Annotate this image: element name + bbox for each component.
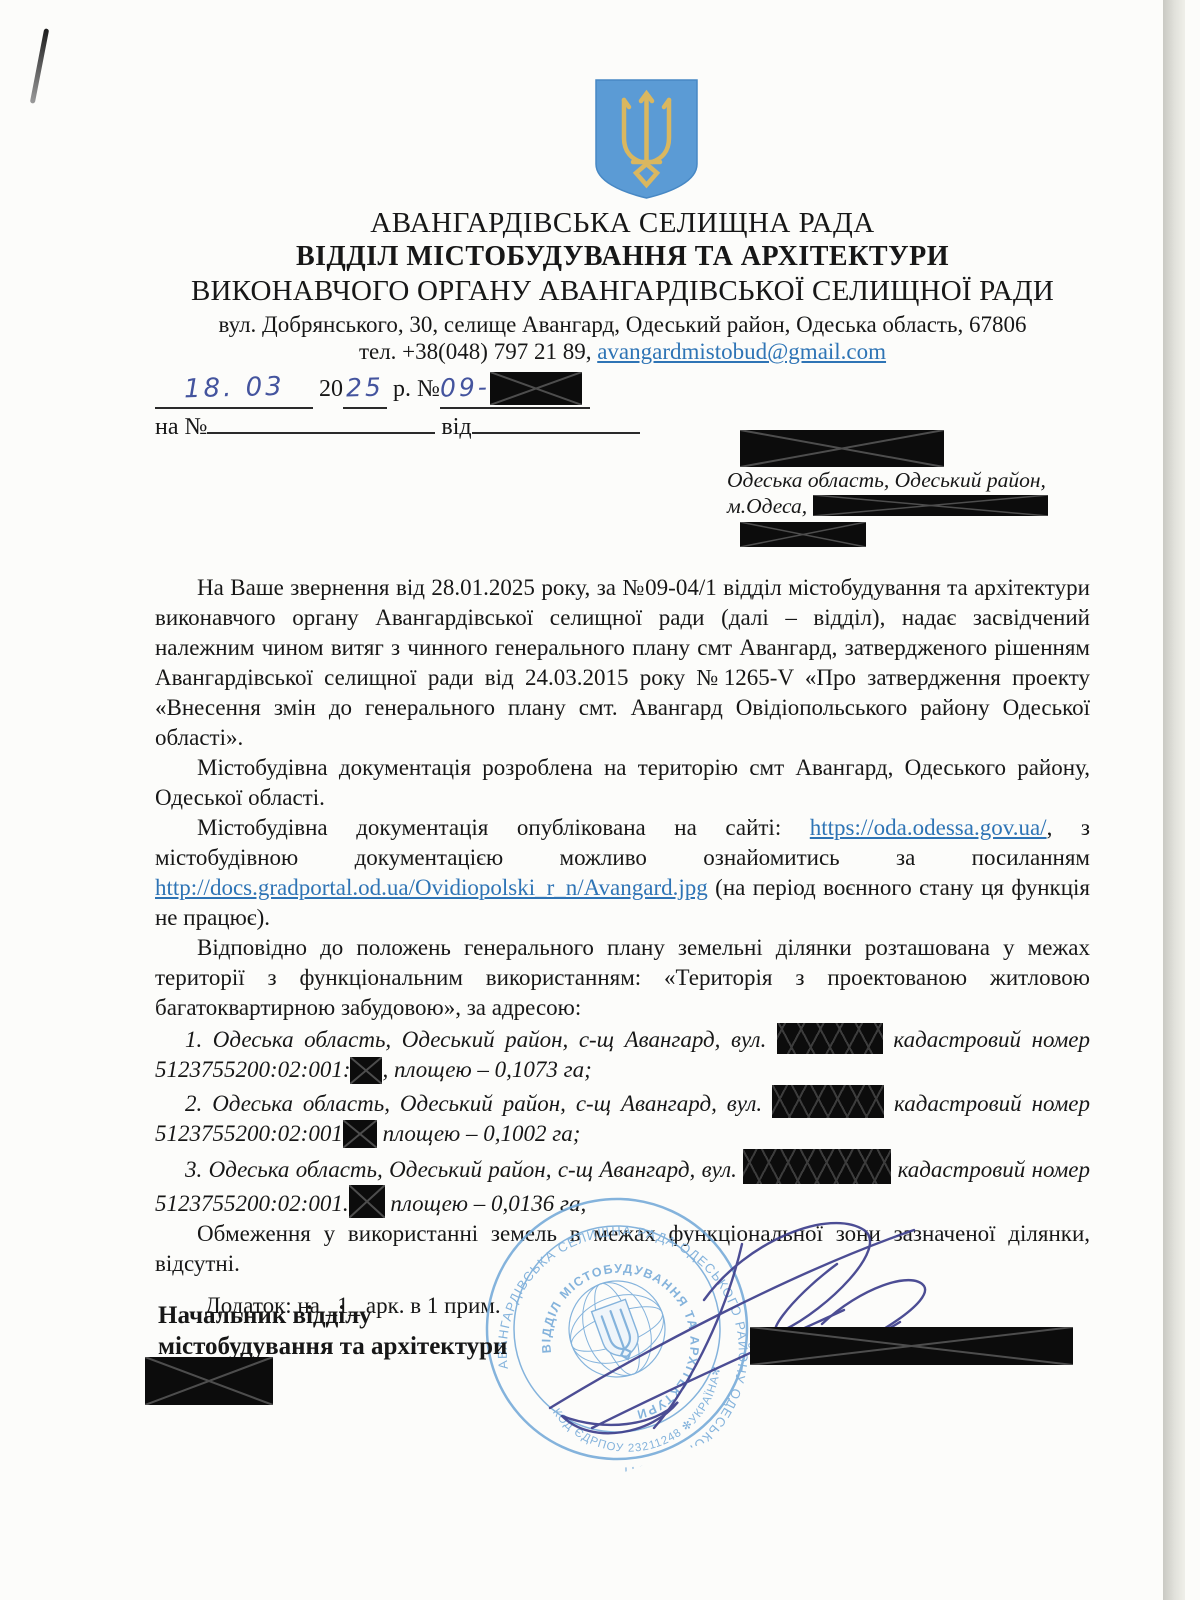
reply-date-field [472,432,640,434]
paragraph-publication: Містобудівна документація опублікована н… [155,813,1090,933]
paragraph-territory: Містобудівна документація розроблена на … [155,753,1090,813]
org-address: вул. Добрянського, 30, селище Авангард, … [155,311,1090,338]
org-email-link[interactable]: avangardmistobud@gmail.com [597,339,886,364]
recipient-city-line: м.Одеса, [727,493,1099,519]
gradportal-link[interactable]: http://docs.gradportal.od.ua/Ovidiopolsk… [155,875,708,900]
handwritten-year: 25 [346,370,385,407]
number-field: 09- [440,370,590,409]
publication-text: Містобудівна документація опублікована н… [197,815,810,840]
recipient-city: м.Одеса, [727,494,807,518]
year-printed: 20 [319,376,343,402]
paragraph-zoning: Відповідно до положень генерального план… [155,933,1090,1023]
org-name: АВАНГАРДІВСЬКА СЕЛИЩНА РАДА [155,206,1090,240]
redaction-box [740,430,944,467]
handwritten-number: 09- [439,369,490,406]
ukraine-trident-emblem-icon [593,78,700,200]
redaction-box [343,1120,377,1148]
parcel-text: 1. Одеська область, Одеський район, с-щ … [185,1027,777,1052]
department-name: ВІДДІЛ МІСТОБУДУВАННЯ ТА АРХІТЕКТУРИ [155,240,1090,274]
outgoing-number-line: 18. 03 2025 р. №09- [155,370,1090,409]
parcel-item-2: 2. Одеська область, Одеський район, с-щ … [155,1085,1090,1149]
redaction-box [813,495,1048,516]
handwritten-date: 18. 03 [183,369,285,408]
scanned-letter-page: АВАНГАРДІВСЬКА СЕЛИЩНА РАДА ВІДДІЛ МІСТО… [0,0,1200,1600]
redaction-box [349,1185,385,1218]
year-field: 25 [343,370,387,409]
handwritten-signature [492,1202,942,1447]
parcel-text: площею – 0,1002 га; [377,1121,581,1146]
paragraph-intro: На Ваше звернення від 28.01.2025 року, з… [155,573,1090,753]
org-contacts: тел. +38(048) 797 21 89, avangardmistobu… [155,338,1090,365]
signer-title-line1: Начальник відділу [158,1300,507,1331]
parcel-text: , площею – 0,1073 га; [382,1057,591,1082]
redaction-box [145,1357,273,1405]
redaction-box [350,1057,382,1084]
scan-edge-artifact [1163,0,1185,1600]
parcel-item-1: 1. Одеська область, Одеський район, с-щ … [155,1023,1090,1085]
oda-odessa-link[interactable]: https://oda.odessa.gov.ua/ [810,815,1047,840]
org-phone: тел. +38(048) 797 21 89, [359,339,597,364]
reply-from-label: від [441,414,471,440]
redaction-box [743,1149,891,1184]
reply-label: на № [155,414,207,440]
recipient-region: Одеська область, Одеський район, [727,467,1099,493]
redaction-box [777,1023,883,1054]
reply-number-field [207,432,435,434]
recipient-block: Одеська область, Одеський район, м.Одеса… [727,430,1099,547]
letterhead: АВАНГАРДІВСЬКА СЕЛИЩНА РАДА ВІДДІЛ МІСТО… [155,206,1090,365]
redaction-box [490,372,582,405]
org-name-2: ВИКОНАВЧОГО ОРГАНУ АВАНГАРДІВСЬКОЇ СЕЛИЩ… [155,274,1090,308]
redaction-box [772,1085,884,1118]
number-label: р. № [393,376,440,402]
parcel-text: 2. Одеська область, Одеський район, с-щ … [185,1091,772,1116]
date-field: 18. 03 [155,370,313,409]
signer-title: Начальник відділу містобудування та архі… [158,1300,507,1362]
redaction-box [740,522,866,547]
redaction-box [750,1327,1073,1365]
